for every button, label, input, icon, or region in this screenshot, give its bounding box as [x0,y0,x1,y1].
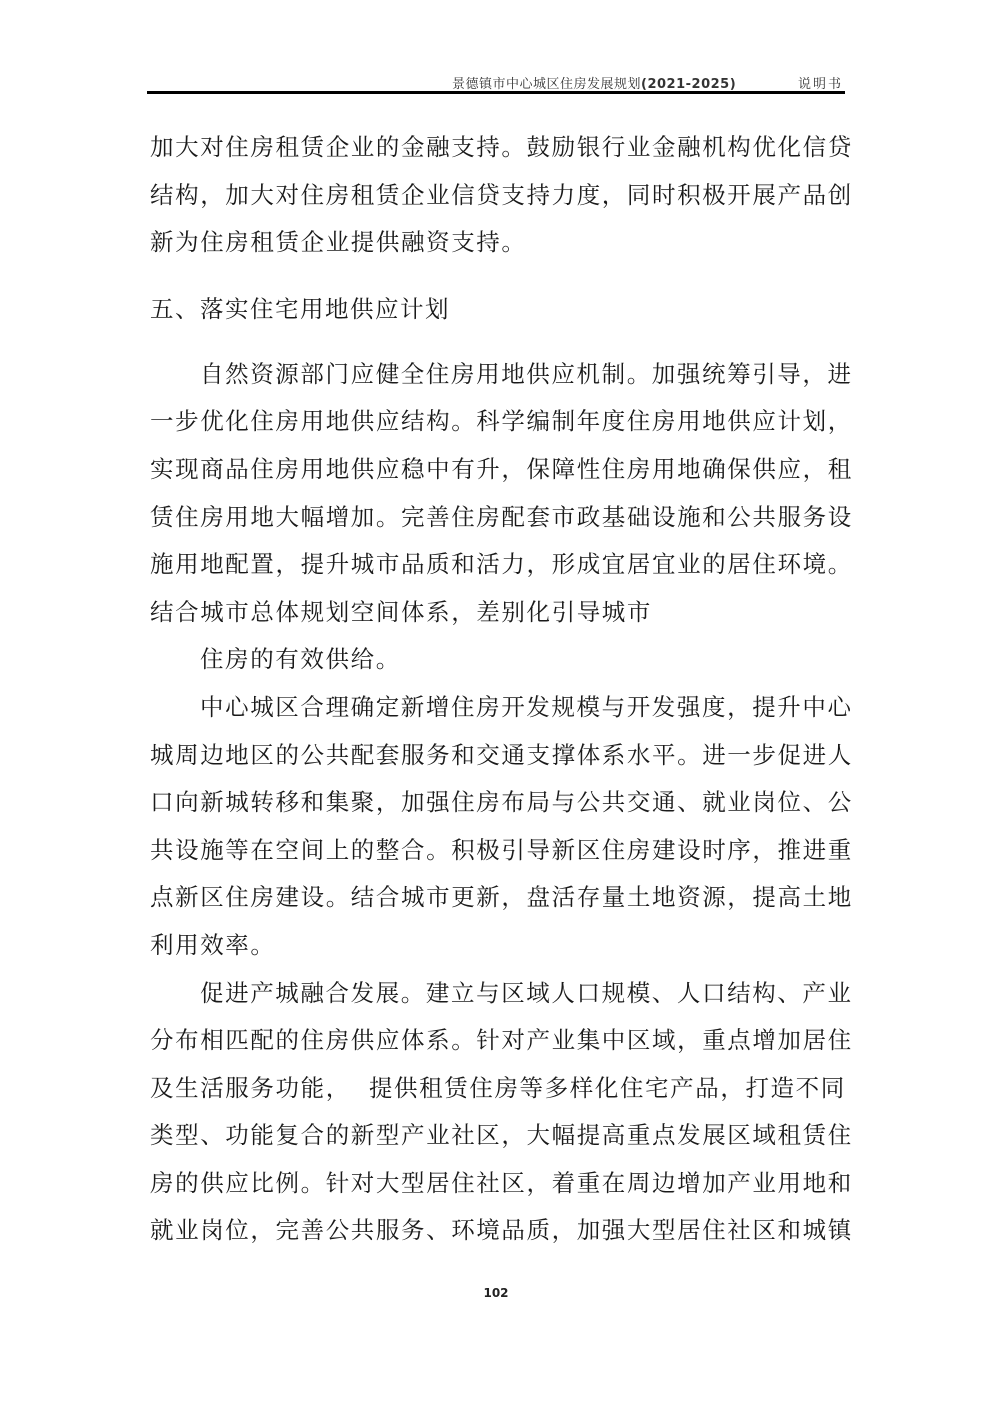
document-type: 说明书 [798,73,843,92]
text-line: 赁住房用地大幅增加。完善住房配套市政基础设施和公共服务设 [150,494,844,542]
text-line: 加大对住房租赁企业的金融支持。鼓励银行业金融机构优化信贷 [150,124,844,172]
paragraph-financial-support: 加大对住房租赁企业的金融支持。鼓励银行业金融机构优化信贷 结构，加大对住房租赁企… [150,124,844,267]
document-title: 景德镇市中心城区住房发展规划(2021-2025) [452,73,736,92]
text-line: 一步优化住房用地供应结构。科学编制年度住房用地供应计划， [150,398,844,446]
document-title-text: 景德镇市中心城区住房发展规划 [452,77,641,92]
text-line: 城周边地区的公共配套服务和交通支撑体系水平。进一步促进人 [150,732,844,780]
text-line: 利用效率。 [150,922,844,970]
text-line: 就业岗位，完善公共服务、环境品质，加强大型居住社区和城镇 [150,1207,844,1255]
text-line: 分布相匹配的住房供应体系。针对产业集中区域，重点增加居住 [150,1017,844,1065]
document-years: (2021-2025) [641,77,736,92]
text-line: 共设施等在空间上的整合。积极引导新区住房建设时序，推进重 [150,827,844,875]
text-line: 口向新城转移和集聚，加强住房布局与公共交通、就业岗位、公 [150,779,844,827]
text-line: 自然资源部门应健全住房用地供应机制。加强统筹引导，进 [150,351,844,399]
paragraph-land-supply: 自然资源部门应健全住房用地供应机制。加强统筹引导，进 一步优化住房用地供应结构。… [150,351,844,684]
text-line: 及生活服务功能， 提供租赁住房等多样化住宅产品，打造不同 [150,1065,844,1113]
text-line: 实现商品住房用地供应稳中有升，保障性住房用地确保供应，租 [150,446,844,494]
page-number: 102 [0,1286,992,1300]
paragraph-central-district: 中心城区合理确定新增住房开发规模与开发强度，提升中心 城周边地区的公共配套服务和… [150,684,844,970]
text-line: 促进产城融合发展。建立与区域人口规模、人口结构、产业 [150,970,844,1018]
text-line: 住房的有效供给。 [150,636,844,684]
header-rule [147,91,845,94]
text-line: 类型、功能复合的新型产业社区，大幅提高重点发展区域租赁住 [150,1112,844,1160]
text-line: 结构，加大对住房租赁企业信贷支持力度，同时积极开展产品创 [150,172,844,220]
text-line: 点新区住房建设。结合城市更新，盘活存量土地资源，提高土地 [150,874,844,922]
page-header: 景德镇市中心城区住房发展规划(2021-2025) 说明书 [147,70,845,90]
text-line: 中心城区合理确定新增住房开发规模与开发强度，提升中心 [150,684,844,732]
text-line: 房的供应比例。针对大型居住社区，着重在周边增加产业用地和 [150,1160,844,1208]
text-line: 结合城市总体规划空间体系，差别化引导城市 [150,589,844,637]
text-line: 施用地配置，提升城市品质和活力，形成宜居宜业的居住环境。 [150,541,844,589]
document-body: 加大对住房租赁企业的金融支持。鼓励银行业金融机构优化信贷 结构，加大对住房租赁企… [150,124,844,1255]
text-line: 新为住房租赁企业提供融资支持。 [150,219,844,267]
section-heading: 五、落实住宅用地供应计划 [150,281,844,337]
paragraph-industry-city-integration: 促进产城融合发展。建立与区域人口规模、人口结构、产业 分布相匹配的住房供应体系。… [150,970,844,1256]
